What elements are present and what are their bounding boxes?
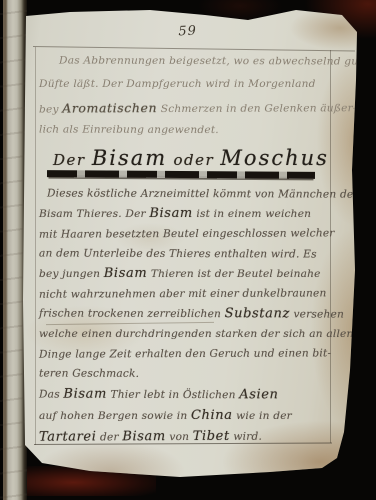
previous-page-edge — [0, 0, 27, 500]
handwritten-line: Dieses köstliche Arzneimittel kömmt von … — [39, 183, 331, 204]
handwritten-line: auf hohen Bergen sowie in China wie in d… — [39, 405, 331, 426]
intro-paragraph: Das Abbrennungen beigesetzt, wo es abwec… — [39, 50, 331, 142]
handwritten-line: frischen trockenen zerreiblichen Substan… — [39, 303, 331, 324]
handwritten-line: Dinge lange Zeit erhalten den Geruch und… — [39, 343, 331, 364]
handwritten-line: Düfte läßt. Der Dampfgeruch wird in Morg… — [39, 73, 331, 96]
page-number: 59 — [178, 24, 197, 40]
handwritten-line: Das Bisam Thier lebt in Östlichen Asien — [39, 383, 331, 405]
handwritten-line: bey Aromatischen Schmerzen in den Gelenk… — [39, 95, 331, 119]
heading-title: Der Bisam oder Moschus — [45, 146, 331, 170]
handwritten-line: Tartarei der Bisam von Tibet wird. — [39, 425, 331, 447]
handwritten-line: an dem Unterleibe des Thieres enthalten … — [39, 243, 331, 264]
text-block: Das Abbrennungen beigesetzt, wo es abwec… — [39, 50, 331, 447]
handwritten-line: Das Abbrennungen beigesetzt, wo es abwec… — [39, 49, 331, 73]
book-page: 59 Das Abbrennungen beigesetzt, wo es ab… — [0, 0, 376, 500]
handwritten-line: mit Haaren besetzten Beutel eingeschloss… — [39, 223, 331, 244]
handwritten-line: teren Geschmack. — [39, 363, 331, 384]
manuscript-photo: 59 Das Abbrennungen beigesetzt, wo es ab… — [0, 0, 376, 500]
closing-paragraph: Das Bisam Thier lebt in Östlichen Asiena… — [39, 384, 331, 447]
ruled-frame-left — [35, 47, 36, 445]
handwritten-line: nicht wahrzunehmen aber mit einer dunkel… — [39, 283, 331, 304]
handwritten-line: welche einen durchdringenden starken der… — [39, 324, 331, 344]
main-paragraph: Dieses köstliche Arzneimittel kömmt von … — [39, 184, 331, 384]
heading-underline — [47, 170, 315, 179]
handwritten-line: bey jungen Bisam Thieren ist der Beutel … — [39, 264, 331, 284]
handwritten-line: lich als Einreibung angewendet. — [39, 118, 331, 142]
heading: Der Bisam oder Moschus — [45, 146, 331, 178]
handwritten-line: Bisam Thieres. Der Bisam ist in einem we… — [39, 204, 331, 224]
